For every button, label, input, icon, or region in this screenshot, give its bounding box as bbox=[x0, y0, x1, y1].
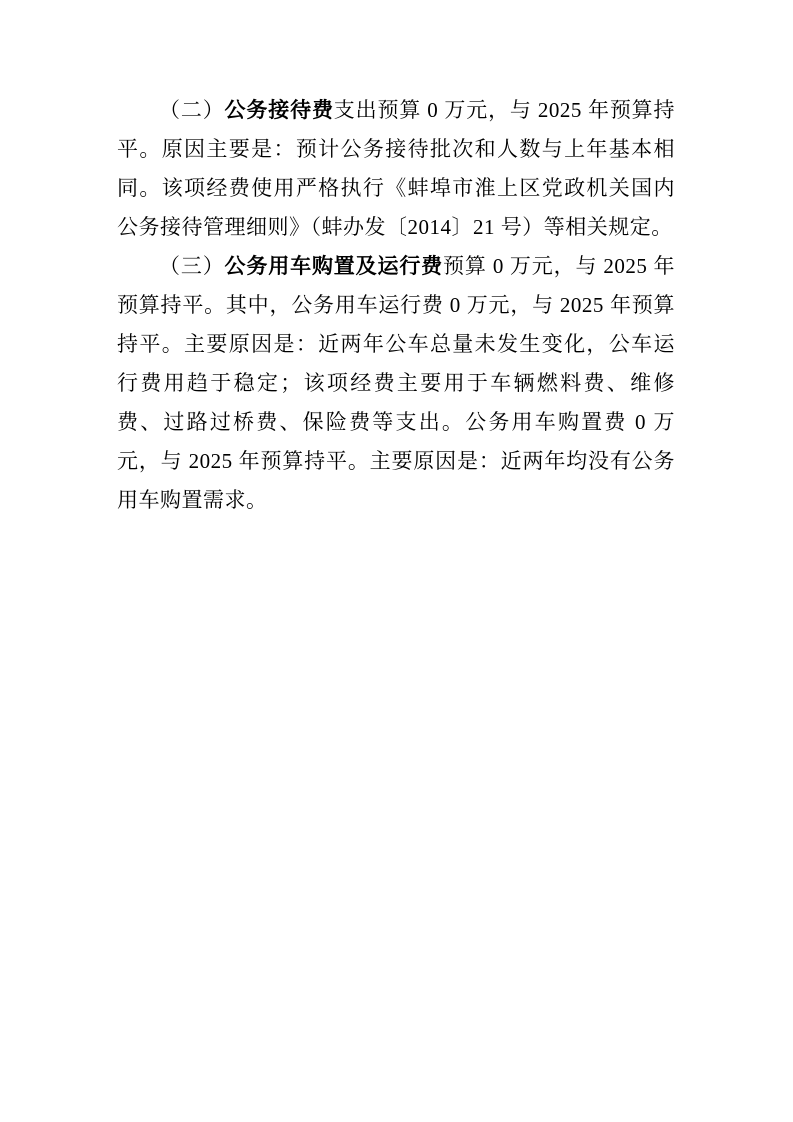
budget-paragraph-reception-fee: （二）公务接待费支出预算 0 万元，与 2025 年预算持平。原因主要是：预计公… bbox=[117, 91, 675, 247]
paragraph-heading: 公务接待费 bbox=[225, 98, 334, 122]
paragraph-label: （二） bbox=[159, 98, 225, 122]
document-page: （二）公务接待费支出预算 0 万元，与 2025 年预算持平。原因主要是：预计公… bbox=[0, 0, 793, 1122]
paragraph-body: 预算 0 万元，与 2025 年预算持平。其中，公务用车运行费 0 万元，与 2… bbox=[117, 254, 675, 512]
paragraph-heading: 公务用车购置及运行费 bbox=[225, 254, 443, 278]
budget-paragraph-vehicle-fee: （三）公务用车购置及运行费预算 0 万元，与 2025 年预算持平。其中，公务用… bbox=[117, 247, 675, 520]
paragraph-label: （三） bbox=[159, 254, 225, 278]
